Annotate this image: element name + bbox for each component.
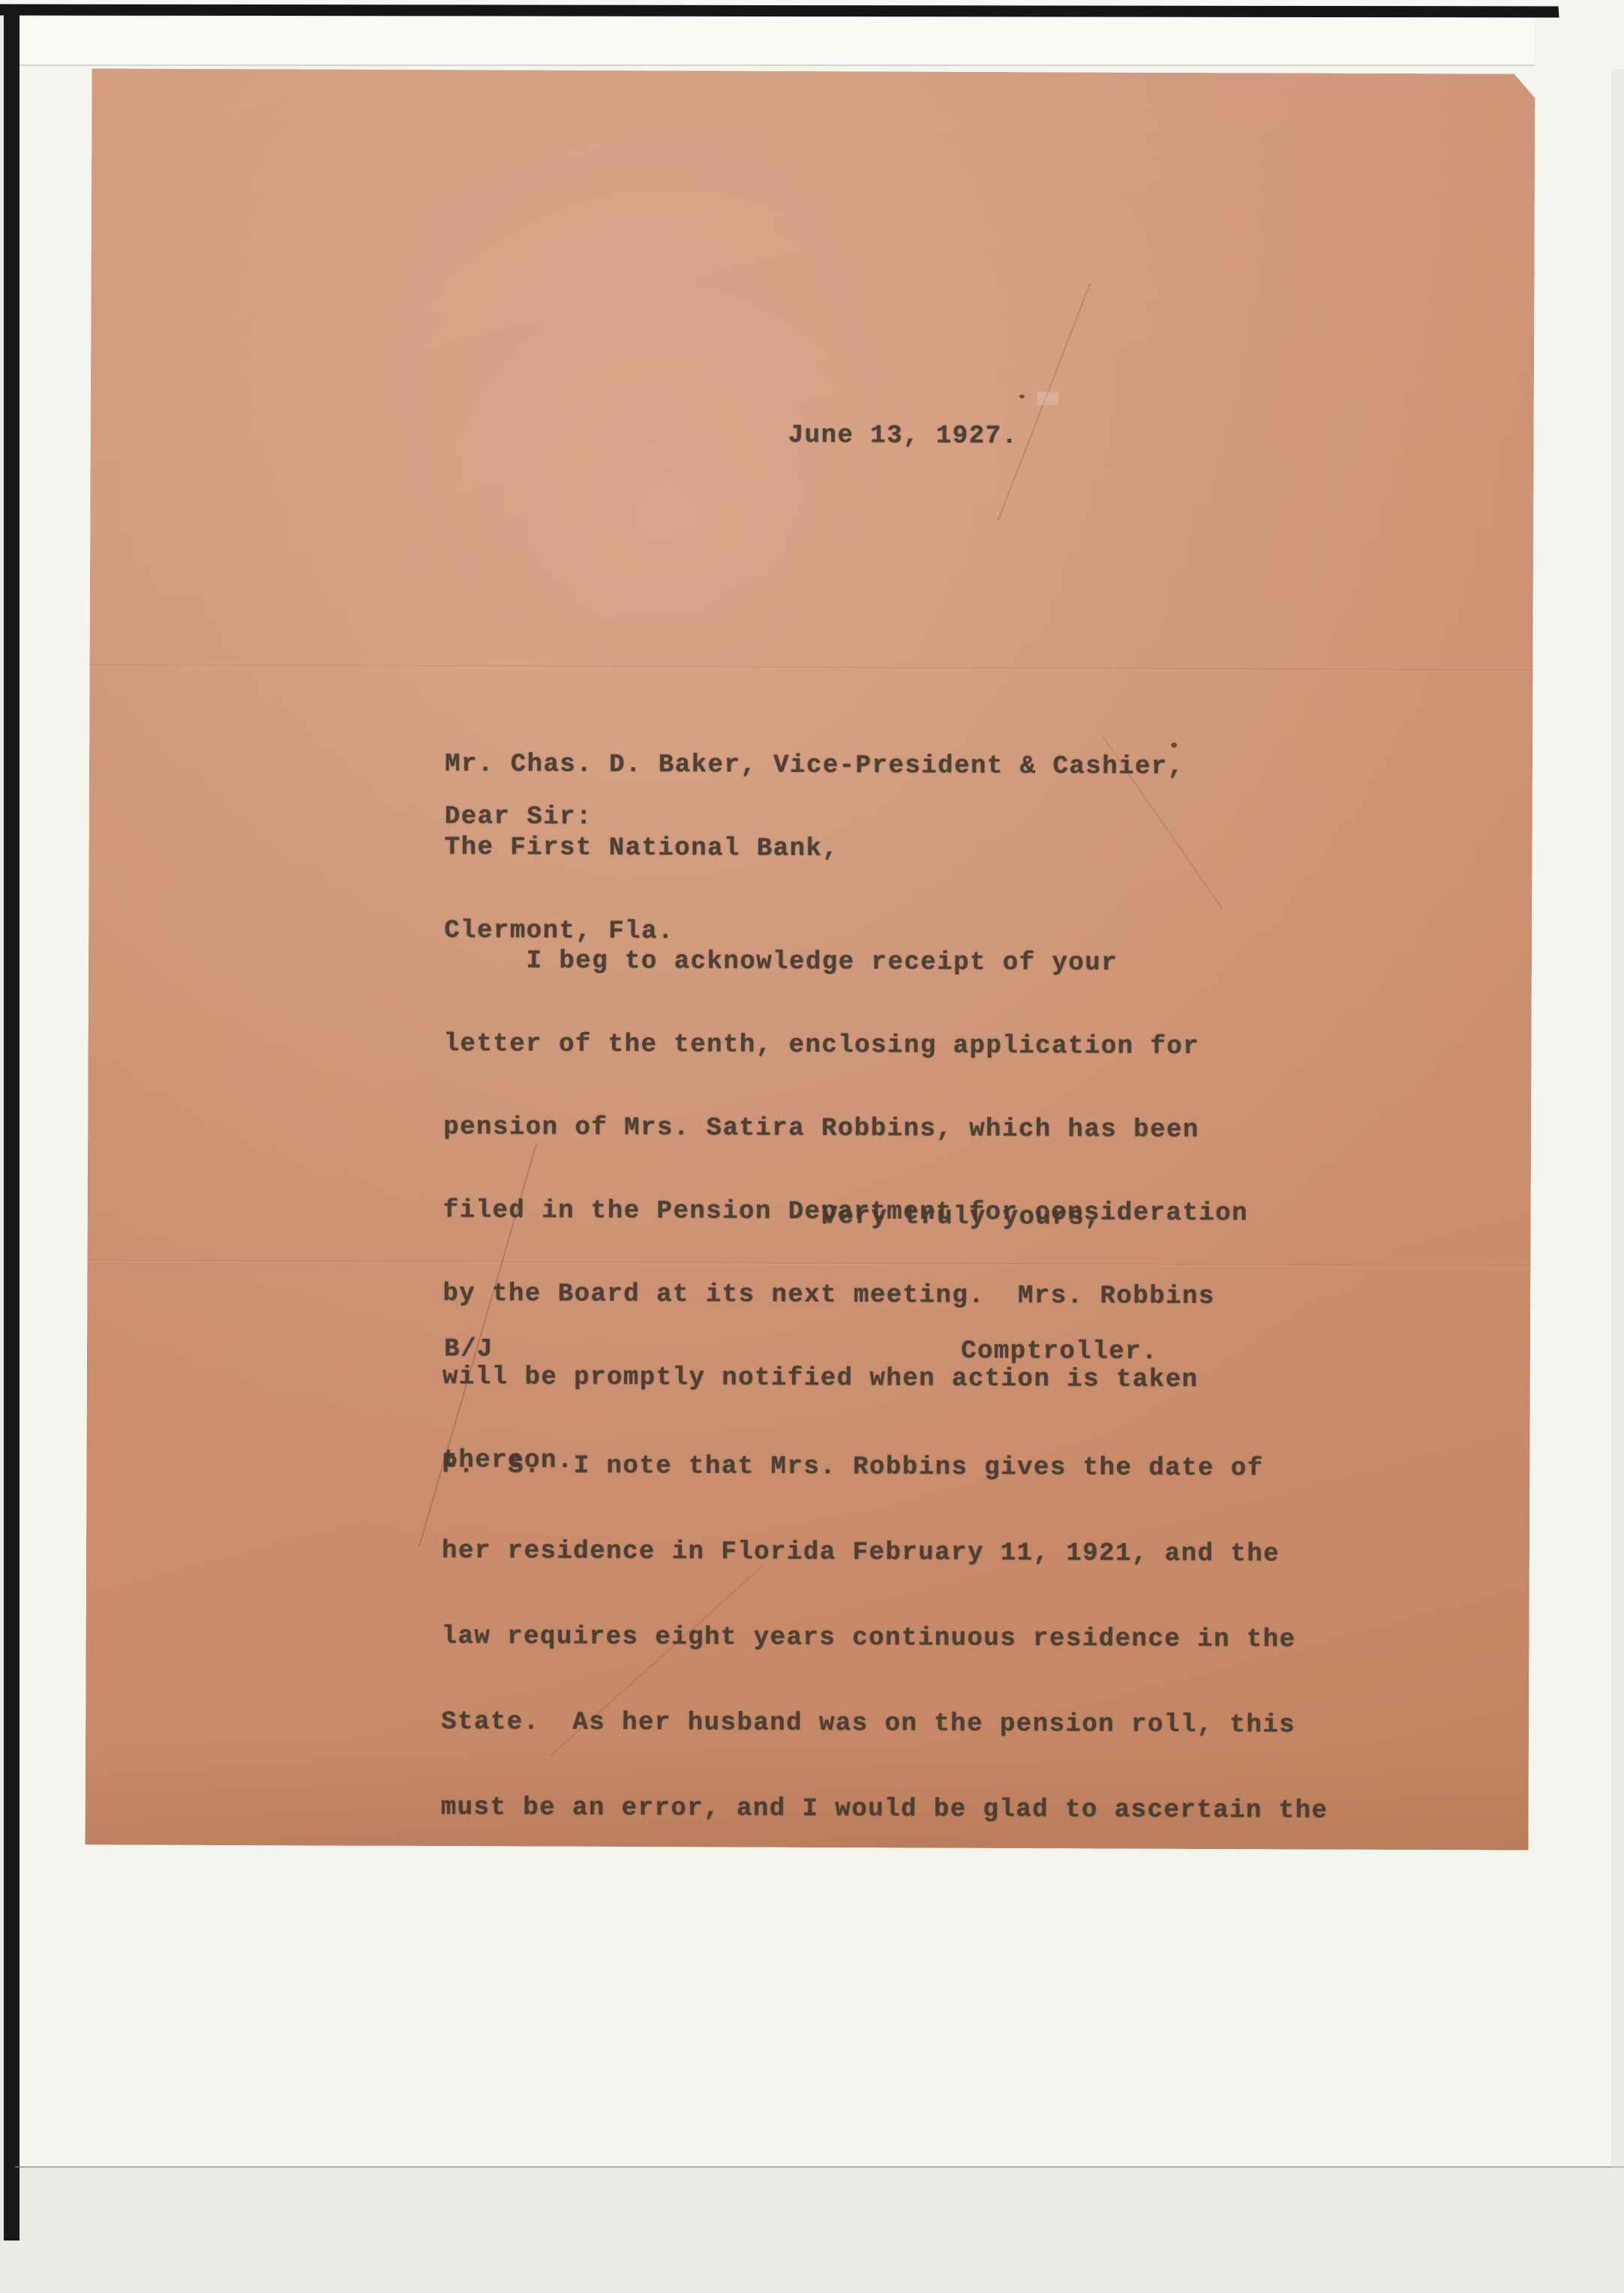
ps-line: State. As her husband was on the pension… — [441, 1708, 1328, 1740]
fold-crease-top — [89, 664, 1532, 671]
corner-sheet-top-right — [1558, 0, 1624, 73]
ink-speck — [1019, 395, 1025, 398]
body-line: letter of the tenth, enclosing applicati… — [443, 1031, 1248, 1061]
body-line: pension of Mrs. Satira Robbins, which ha… — [443, 1114, 1248, 1145]
body-line: by the Board at its next meeting. Mrs. R… — [443, 1280, 1247, 1311]
scanned-letter-page: June 13, 1927. Mr. Chas. D. Baker, Vice-… — [0, 0, 1624, 2293]
letter-paper: June 13, 1927. Mr. Chas. D. Baker, Vice-… — [85, 68, 1535, 1850]
body-line: will be promptly notified when action is… — [443, 1364, 1247, 1394]
scanner-bed-edge-top — [0, 5, 1584, 18]
scanner-bed-edge-left — [4, 7, 20, 2240]
ps-line: her residence in Florida February 11, 19… — [442, 1537, 1329, 1569]
paper-abrasion — [1037, 392, 1058, 405]
ps-line: law requires eight years continuous resi… — [441, 1622, 1328, 1655]
ps-line: P. S. I note that Mrs. Robbins gives the… — [442, 1451, 1329, 1484]
backing-sheet-bottom-edge — [15, 2166, 1624, 2168]
salutation: Dear Sir: — [445, 803, 593, 832]
date-line: June 13, 1927. — [788, 422, 1019, 451]
ps-line: must be an error, and I would be glad to… — [441, 1793, 1328, 1826]
typist-initials: B/J — [444, 1336, 494, 1364]
recipient-line: Mr. Chas. D. Baker, Vice-President & Cas… — [445, 751, 1184, 782]
closing: Very truly yours, — [822, 1203, 1101, 1232]
body-line: I beg to acknowledge receipt of your — [444, 947, 1249, 978]
backing-sheet-top-edge — [20, 17, 1535, 66]
recipient-line: The First National Bank, — [444, 834, 1184, 865]
signer-title: Comptroller. — [961, 1338, 1158, 1367]
